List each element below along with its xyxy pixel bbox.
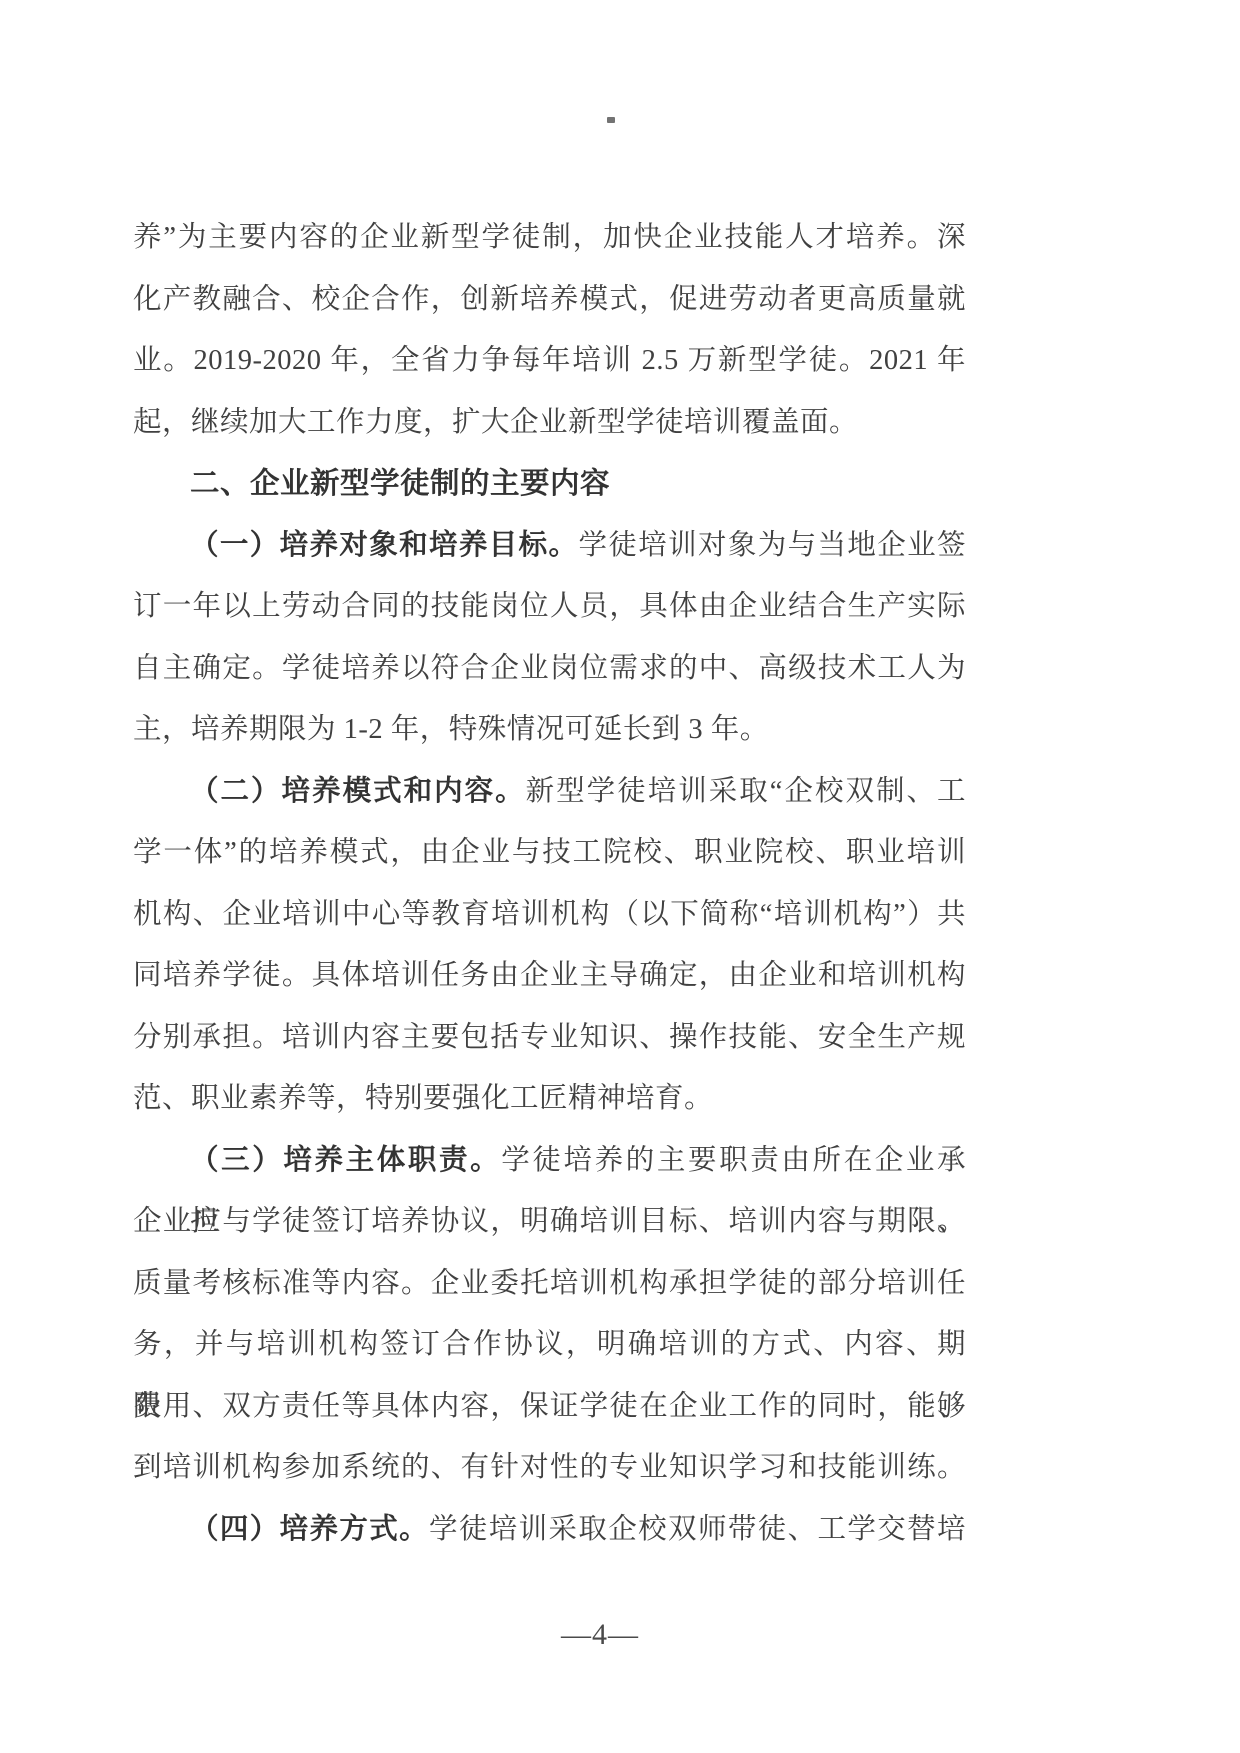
line-text: 养”为主要内容的企业新型学徒制，加快企业技能人才培养。深 [133,222,966,253]
line-text: 订一年以上劳动合同的技能岗位人员，具体由企业结合生产实际 [133,591,966,622]
text-line: （一）培养对象和培养目标。学徒培训对象为与当地企业签 [133,515,966,577]
section-heading: 二、企业新型学徒制的主要内容 [133,453,966,515]
text-line: 自主确定。学徒培养以符合企业岗位需求的中、高级技术工人为 [133,638,966,700]
line-text: 主，培养期限为 1-2 年，特殊情况可延长到 3 年。 [133,714,769,745]
text-line: 业。2019-2020 年，全省力争每年培训 2.5 万新型学徒。2021 年 [133,330,966,392]
text-line: 费用、双方责任等具体内容，保证学徒在企业工作的同时，能够 [133,1376,966,1438]
document-page: 养”为主要内容的企业新型学徒制，加快企业技能人才培养。深化产教融合、校企合作，创… [0,0,1240,1753]
text-line: 企业应与学徒签订培养协议，明确培训目标、培训内容与期限、 [133,1191,966,1253]
text-line: （二）培养模式和内容。新型学徒培训采取“企校双制、工 [133,761,966,823]
line-text: 化产教融合、校企合作，创新培养模式，促进劳动者更高质量就 [133,284,966,315]
line-text: 费用、双方责任等具体内容，保证学徒在企业工作的同时，能够 [133,1391,966,1422]
bold-lead-in: （四）培养方式。 [190,1514,429,1545]
line-text: 分别承担。培训内容主要包括专业知识、操作技能、安全生产规 [133,1022,966,1053]
text-line: 订一年以上劳动合同的技能岗位人员，具体由企业结合生产实际 [133,576,966,638]
line-text: 学一体”的培养模式，由企业与技工院校、职业院校、职业培训 [133,837,966,868]
line-text: 业。2019-2020 年，全省力争每年培训 2.5 万新型学徒。2021 年 [133,345,966,376]
text-lines: 养”为主要内容的企业新型学徒制，加快企业技能人才培养。深化产教融合、校企合作，创… [133,207,966,1560]
bold-lead-in: （二）培养模式和内容。 [190,776,526,807]
text-line: 同培养学徒。具体培训任务由企业主导确定，由企业和培训机构 [133,945,966,1007]
text-line: 化产教融合、校企合作，创新培养模式，促进劳动者更高质量就 [133,269,966,331]
text-line: 主，培养期限为 1-2 年，特殊情况可延长到 3 年。 [133,699,966,761]
bold-lead-in: （一）培养对象和培养目标。 [190,530,578,561]
text-line: 质量考核标准等内容。企业委托培训机构承担学徒的部分培训任 [133,1253,966,1315]
text-line: 养”为主要内容的企业新型学徒制，加快企业技能人才培养。深 [133,207,966,269]
line-text: 同培养学徒。具体培训任务由企业主导确定，由企业和培训机构 [133,960,966,991]
line-text: 机构、企业培训中心等教育培训机构（以下简称“培训机构”）共 [133,899,966,930]
text-line: （四）培养方式。学徒培训采取企校双师带徒、工学交替培 [133,1499,966,1561]
bold-lead-in: （三）培养主体职责。 [190,1145,501,1176]
line-text: 起，继续加大工作力度，扩大企业新型学徒培训覆盖面。 [133,407,858,438]
text-line: 范、职业素养等，特别要强化工匠精神培育。 [133,1068,966,1130]
line-text: 范、职业素养等，特别要强化工匠精神培育。 [133,1083,713,1114]
line-text: 新型学徒培训采取“企校双制、工 [526,776,966,807]
footer-page-number: —4— [0,1618,1200,1652]
text-line: 分别承担。培训内容主要包括专业知识、操作技能、安全生产规 [133,1007,966,1069]
line-text: 到培训机构参加系统的、有针对性的专业知识学习和技能训练。 [133,1452,966,1483]
scan-speck [607,117,615,123]
text-line: 到培训机构参加系统的、有针对性的专业知识学习和技能训练。 [133,1437,966,1499]
text-line: （三）培养主体职责。学徒培养的主要职责由所在企业承担。 [133,1130,966,1192]
line-text: 学徒培训采取企校双师带徒、工学交替培 [429,1514,966,1545]
text-line: 务，并与培训机构签订合作协议，明确培训的方式、内容、期限、 [133,1314,966,1376]
text-line: 学一体”的培养模式，由企业与技工院校、职业院校、职业培训 [133,822,966,884]
line-text: 质量考核标准等内容。企业委托培训机构承担学徒的部分培训任 [133,1268,966,1299]
text-line: 机构、企业培训中心等教育培训机构（以下简称“培训机构”）共 [133,884,966,946]
bold-lead-in: 二、企业新型学徒制的主要内容 [190,467,610,500]
line-text: 自主确定。学徒培养以符合企业岗位需求的中、高级技术工人为 [133,653,966,684]
line-text: 学徒培训对象为与当地企业签 [578,530,966,561]
text-line: 起，继续加大工作力度，扩大企业新型学徒培训覆盖面。 [133,392,966,454]
line-text: 企业应与学徒签订培养协议，明确培训目标、培训内容与期限、 [133,1206,966,1237]
